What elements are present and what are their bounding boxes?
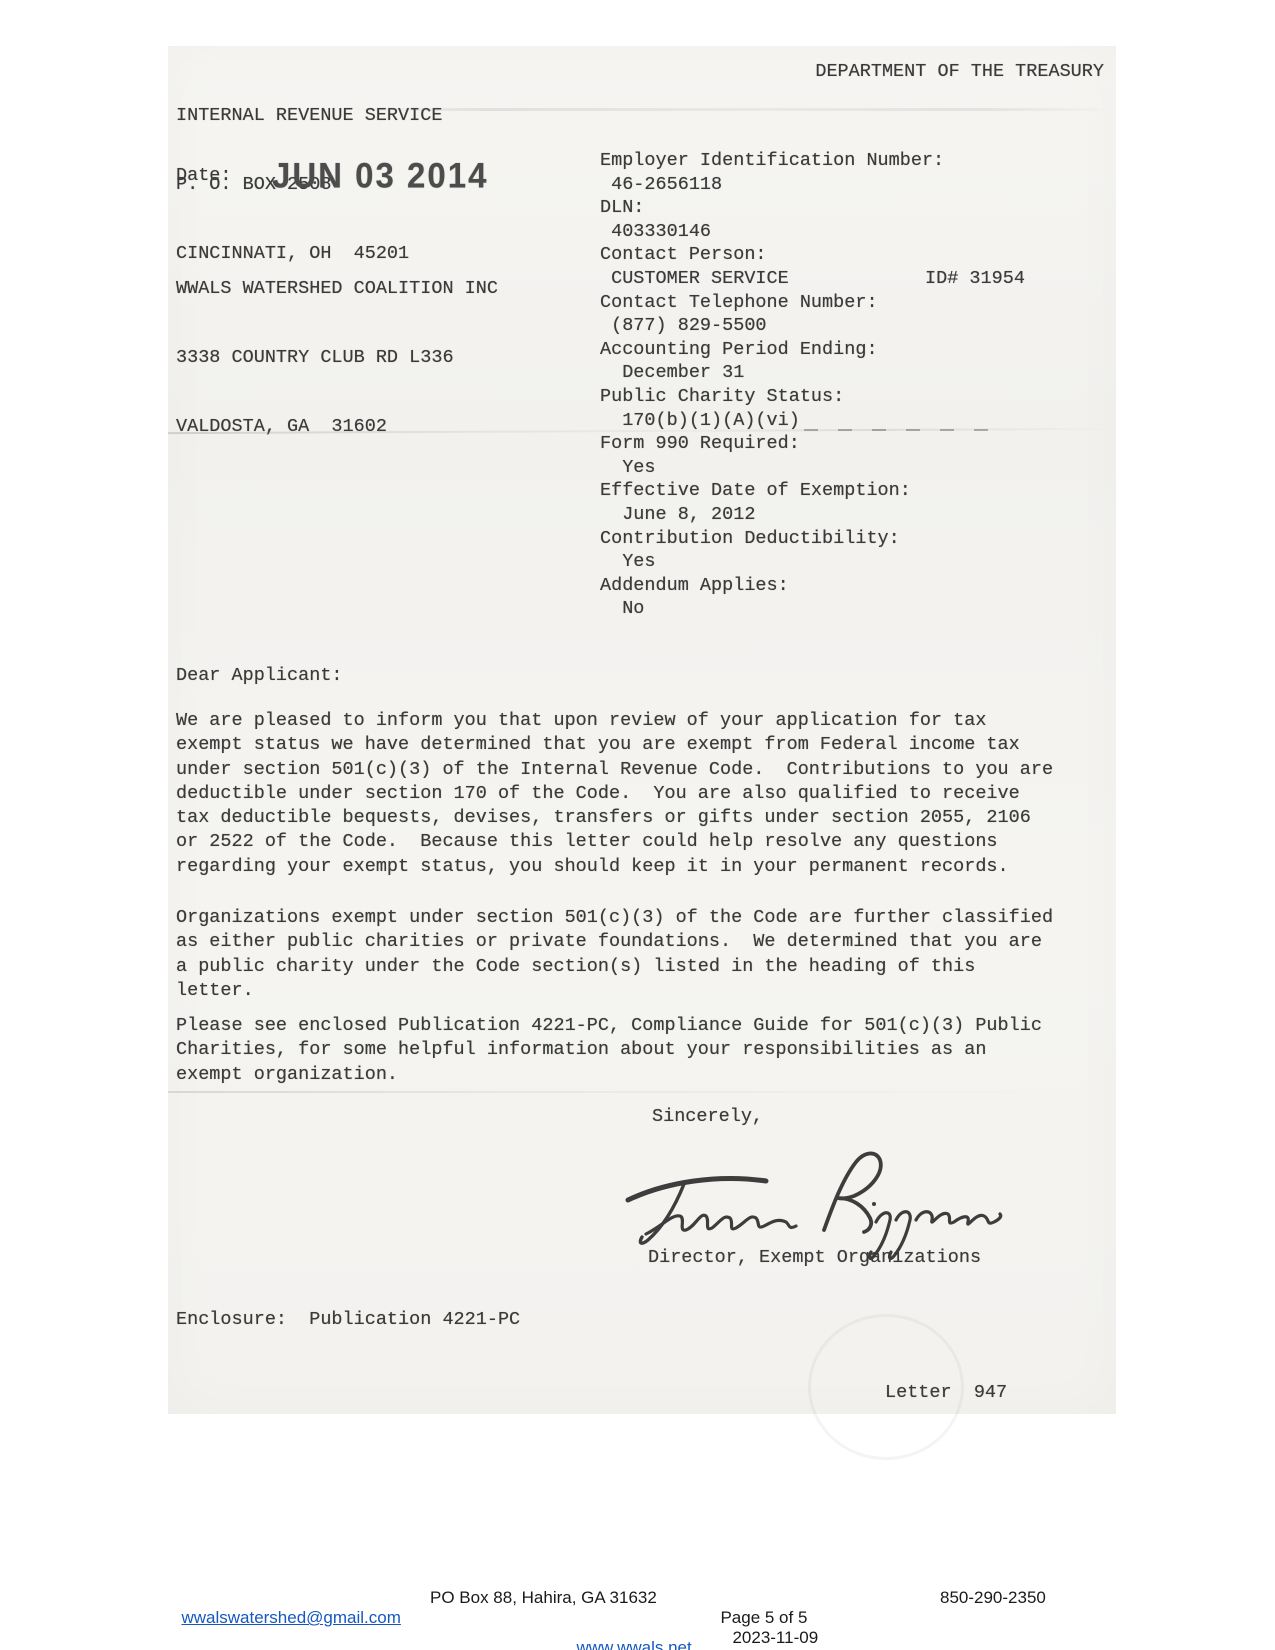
letter-details: Employer Identification Number: 46-26561…: [600, 149, 944, 621]
detail-row: Public Charity Status: 170(b)(1)(A)(vi): [600, 385, 944, 432]
footer-page-number: Page 5 of 5: [720, 1608, 807, 1628]
scan-streak: [348, 108, 1118, 111]
detail-value: Yes: [600, 456, 944, 480]
detail-label: Contact Person:: [600, 243, 944, 267]
page: { "colors": { "paper": "#f5f4f1", "ink":…: [0, 0, 1275, 1650]
detail-row: Effective Date of Exemption: June 8, 201…: [600, 479, 944, 526]
enclosure-note: Enclosure: Publication 4221-PC: [176, 1308, 520, 1332]
detail-label: Contribution Deductibility:: [600, 527, 944, 551]
detail-label: Form 990 Required:: [600, 432, 944, 456]
detail-label: Effective Date of Exemption:: [600, 479, 944, 503]
detail-label: Employer Identification Number:: [600, 149, 944, 173]
detail-row: Employer Identification Number: 46-26561…: [600, 149, 944, 196]
footer-email-link[interactable]: wwalswatershed@gmail.com: [181, 1608, 400, 1627]
detail-value: Yes: [600, 550, 944, 574]
detail-label: Public Charity Status:: [600, 385, 944, 409]
signer-title: Director, Exempt Organizations: [648, 1246, 981, 1270]
salutation: Dear Applicant:: [176, 664, 343, 688]
detail-value: June 8, 2012: [600, 503, 944, 527]
contact-person-id: ID# 31954: [925, 267, 1025, 291]
recipient-line-1: WWALS WATERSHED COALITION INC: [176, 277, 498, 300]
detail-row: Contribution Deductibility: Yes: [600, 527, 944, 574]
detail-value: No: [600, 597, 944, 621]
detail-value: 170(b)(1)(A)(vi): [600, 409, 944, 433]
detail-value: 46-2656118: [600, 173, 944, 197]
treasury-department-label: DEPARTMENT OF THE TREASURY: [815, 60, 1104, 84]
footer-phone: 850-290-2350: [940, 1588, 1046, 1608]
detail-label: Accounting Period Ending:: [600, 338, 944, 362]
scan-crease: [168, 1091, 1116, 1093]
detail-label: Contact Telephone Number:: [600, 291, 944, 315]
detail-label: Addendum Applies:: [600, 574, 944, 598]
detail-value: 403330146: [600, 220, 944, 244]
footer-website-link[interactable]: www.wwals.net: [576, 1638, 691, 1650]
scanned-letter-page: INTERNAL REVENUE SERVICE P. O. BOX 2508 …: [168, 46, 1116, 1414]
detail-value: CUSTOMER SERVICE: [600, 267, 944, 291]
footer-page-info: Page 5 of 5 2023-11-09: [711, 1588, 818, 1648]
detail-row: Form 990 Required: Yes: [600, 432, 944, 479]
recipient-line-2: 3338 COUNTRY CLUB RD L336: [176, 346, 498, 369]
detail-label: DLN:: [600, 196, 944, 220]
letter-number: Letter 947: [885, 1381, 1007, 1405]
detail-row: Accounting Period Ending: December 31: [600, 338, 944, 385]
detail-row: Contact Person: CUSTOMER SERVICE: [600, 243, 944, 290]
closing-salutation: Sincerely,: [652, 1105, 763, 1129]
date-stamp: JUN 03 2014: [272, 153, 488, 200]
detail-row: DLN: 403330146: [600, 196, 944, 243]
detail-row: Contact Telephone Number: (877) 829-5500: [600, 291, 944, 338]
footer-date: 2023-11-09: [732, 1628, 818, 1648]
body-paragraph-1: We are pleased to inform you that upon r…: [176, 709, 1053, 879]
detail-row: Addendum Applies: No: [600, 574, 944, 621]
body-paragraph-3: Please see enclosed Publication 4221-PC,…: [176, 1014, 1042, 1087]
date-label: Date:: [176, 164, 232, 188]
body-paragraph-2: Organizations exempt under section 501(c…: [176, 906, 1053, 1003]
recipient-line-3: VALDOSTA, GA 31602: [176, 415, 498, 438]
detail-value: December 31: [600, 361, 944, 385]
footer-website: www.wwals.net: [567, 1618, 692, 1650]
recipient-address: WWALS WATERSHED COALITION INC 3338 COUNT…: [176, 231, 498, 484]
detail-value: (877) 829-5500: [600, 314, 944, 338]
sender-line-1: INTERNAL REVENUE SERVICE: [176, 104, 442, 127]
footer-address: PO Box 88, Hahira, GA 31632: [430, 1588, 657, 1608]
footer-email: wwalswatershed@gmail.com: [172, 1588, 401, 1628]
